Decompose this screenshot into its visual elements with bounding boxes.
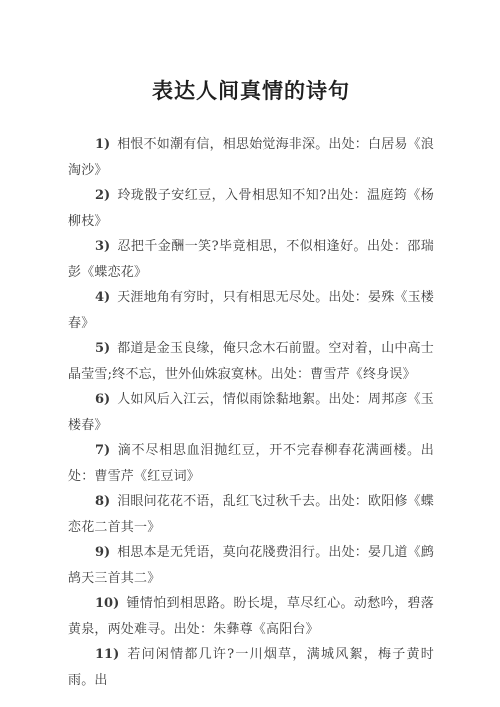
list-item-number: 4) — [95, 290, 117, 305]
list-item: 5)都道是金玉良缘，俺只念木石前盟。空对着，山中高士晶莹雪;终不忘，世外仙姝寂寞… — [68, 336, 434, 387]
document-page: 表达人间真情的诗句 1)相恨不如潮有信，相思始觉海非深。出处：白居易《浪淘沙》 … — [0, 0, 500, 707]
list-item: 4)天涯地角有穷时，只有相思无尽处。出处：晏殊《玉楼春》 — [68, 285, 434, 336]
list-item: 7)滴不尽相思血泪抛红豆，开不完春柳春花满画楼。出处：曹雪芹《红豆词》 — [68, 438, 434, 489]
list-item-text: 都道是金玉良缘，俺只念木石前盟。空对着，山中高士晶莹雪;终不忘，世外仙姝寂寞林。… — [68, 341, 434, 382]
list-item: 11)若问闲情都几许?一川烟草，满城风絮，梅子黄时雨。出 — [68, 642, 434, 693]
list-item-number: 5) — [95, 341, 117, 356]
list-item-text: 玲珑骰子安红豆，入骨相思知不知?出处：温庭筠《杨柳枝》 — [68, 188, 434, 229]
page-title: 表达人间真情的诗句 — [68, 75, 434, 105]
list-item-text: 相思本是无凭语，莫向花牋费泪行。出处：晏几道《鹧鸪天三首其二》 — [68, 545, 434, 586]
list-item-number: 2) — [95, 188, 117, 203]
list-item-number: 1) — [95, 137, 117, 152]
list-item-text: 滴不尽相思血泪抛红豆，开不完春柳春花满画楼。出处：曹雪芹《红豆词》 — [68, 443, 434, 484]
list-item: 1)相恨不如潮有信，相思始觉海非深。出处：白居易《浪淘沙》 — [68, 132, 434, 183]
list-item: 3)忍把千金酬一笑?毕竟相思，不似相逢好。出处：邵瑞彭《蝶恋花》 — [68, 234, 434, 285]
list-item-text: 天涯地角有穷时，只有相思无尽处。出处：晏殊《玉楼春》 — [68, 290, 434, 331]
list-item-text: 泪眼问花花不语，乱红飞过秋千去。出处：欧阳修《蝶恋花二首其一》 — [68, 494, 434, 535]
list-item-number: 7) — [95, 443, 117, 458]
list-item: 2)玲珑骰子安红豆，入骨相思知不知?出处：温庭筠《杨柳枝》 — [68, 183, 434, 234]
list-item-number: 11) — [95, 647, 126, 662]
list-item-text: 忍把千金酬一笑?毕竟相思，不似相逢好。出处：邵瑞彭《蝶恋花》 — [68, 239, 434, 280]
list-item-number: 8) — [95, 494, 117, 509]
list-item-number: 10) — [95, 596, 126, 611]
list-item: 10)锺情怕到相思路。盼长堤，草尽红心。动愁吟，碧落黄泉，两处难寻。出处：朱彝尊… — [68, 591, 434, 642]
list-item-number: 6) — [95, 392, 117, 407]
list-item: 9)相思本是无凭语，莫向花牋费泪行。出处：晏几道《鹧鸪天三首其二》 — [68, 540, 434, 591]
list-item-text: 相恨不如潮有信，相思始觉海非深。出处：白居易《浪淘沙》 — [68, 137, 434, 178]
list-item-number: 3) — [95, 239, 117, 254]
list-item: 6)人如风后入江云，情似雨馀黏地絮。出处：周邦彦《玉楼春》 — [68, 387, 434, 438]
poem-list: 1)相恨不如潮有信，相思始觉海非深。出处：白居易《浪淘沙》 2)玲珑骰子安红豆，… — [68, 132, 434, 693]
list-item: 8)泪眼问花花不语，乱红飞过秋千去。出处：欧阳修《蝶恋花二首其一》 — [68, 489, 434, 540]
list-item-number: 9) — [95, 545, 117, 560]
list-item-text: 人如风后入江云，情似雨馀黏地絮。出处：周邦彦《玉楼春》 — [68, 392, 434, 433]
